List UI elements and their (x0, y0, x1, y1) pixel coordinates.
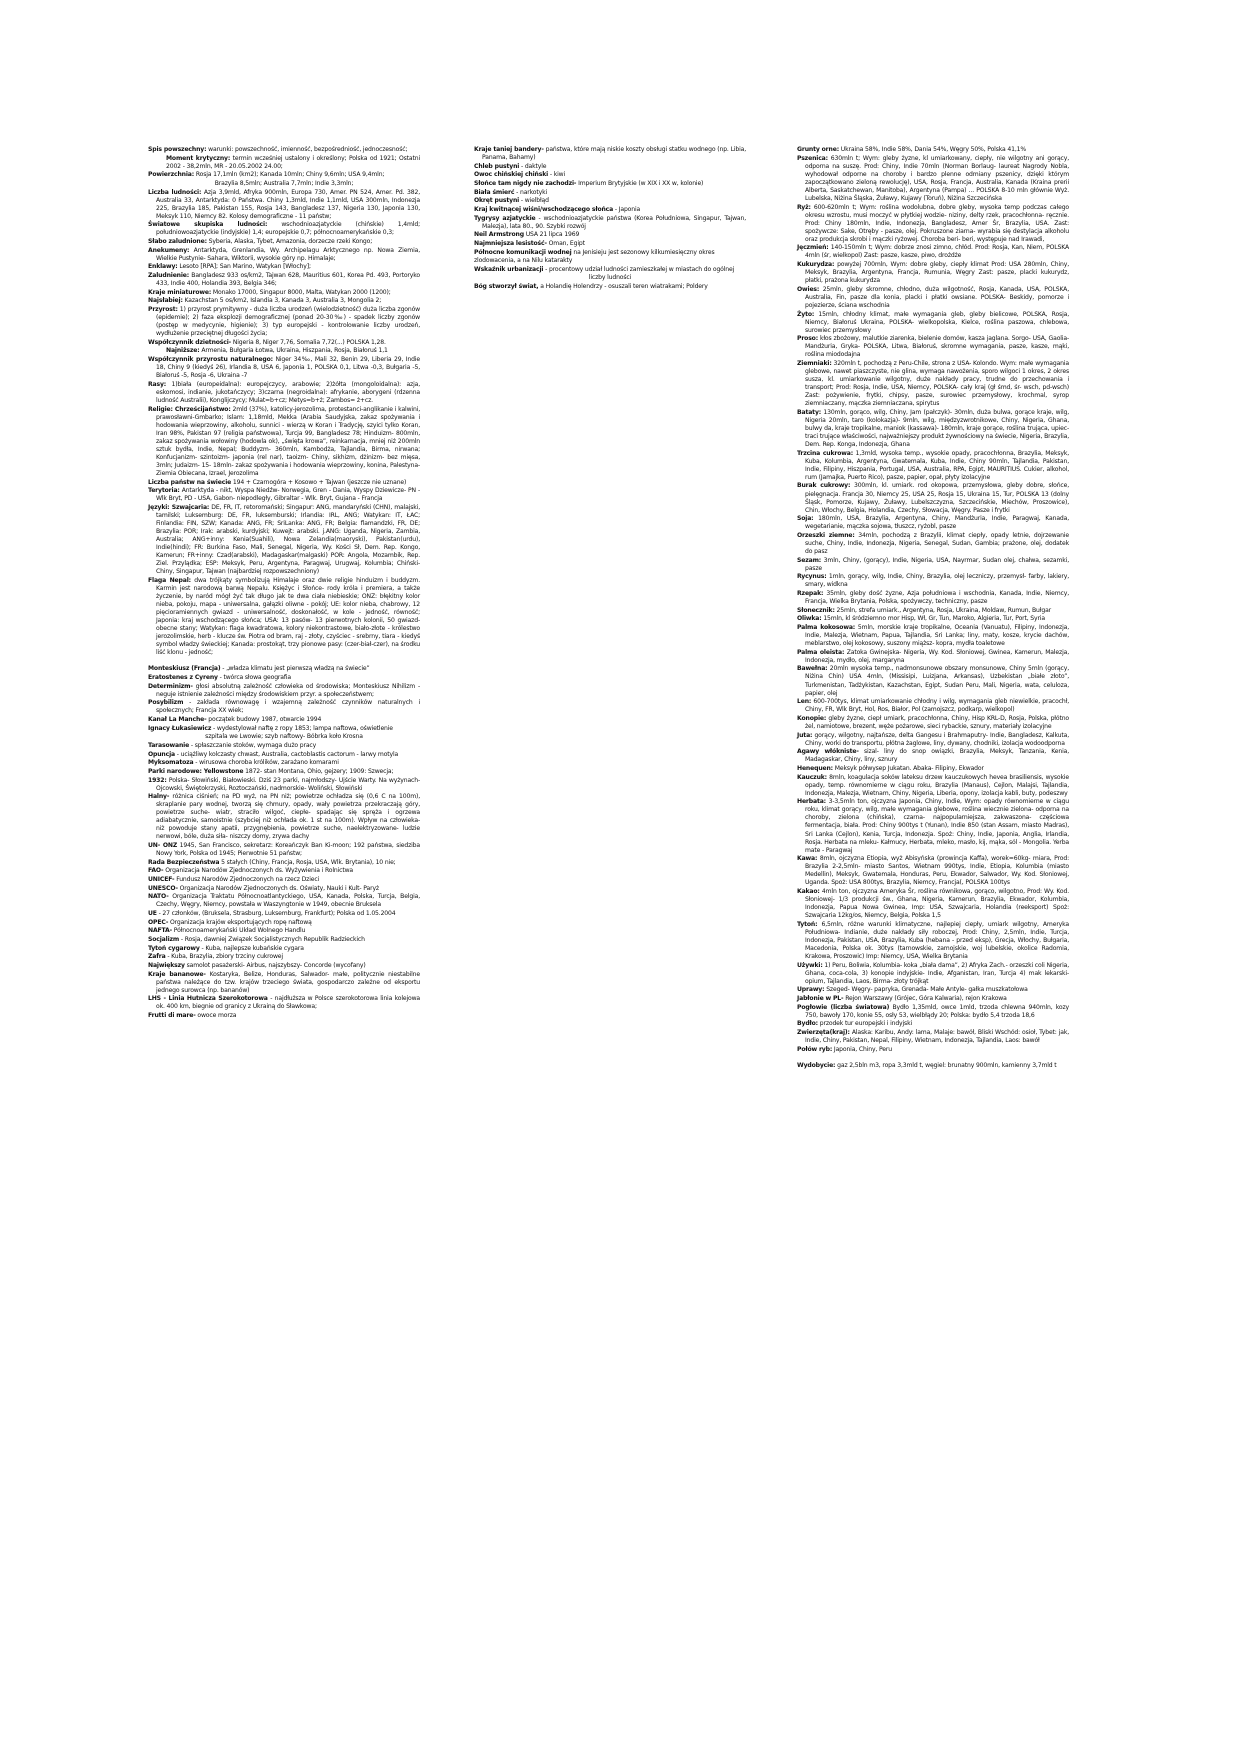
note-entry: Palma kokosowa: 5mln, morskie kraje trop… (797, 624, 1069, 648)
entry-text: 1872- stan Montana, Ohio, gejzery; 1909:… (243, 768, 393, 775)
note-entry: Kauczuk: 8mln, koagulacja soków lateksu … (797, 774, 1069, 798)
document-page: Spis powszechny: warunki: powszechność, … (0, 0, 1240, 1754)
entry-term: Kraje taniej bandery- (474, 146, 544, 153)
entry-term: Soja: (797, 515, 813, 522)
entry-text: Brazylia 8,5mln; Australia 7,7mln; Indie… (215, 180, 353, 187)
entry-text: 180mln, USA, Brazylia, Argentyna, Chiny,… (805, 515, 1069, 530)
note-entry: szpitala we Lwowie; szyb naftowy- Bóbrka… (148, 733, 420, 741)
note-entry: Zwierzęta(kraj): Alaska: Karibu, Andy: l… (797, 1029, 1069, 1045)
note-entry: Oliwka: 15mln, kl śródziemno mor Hisp, W… (797, 615, 1069, 623)
entry-term: Jęczmień: (797, 244, 829, 251)
entry-term: NAFTA- (148, 927, 172, 934)
note-entry: Herbata: 3-3,5mln ton, ojczyzna Japonia,… (797, 798, 1069, 854)
entry-text: - procentowy udział ludności zamieszkałe… (543, 266, 734, 273)
entry-text: - spłaszczanie stoków, wymaga dużo pracy (189, 742, 316, 749)
column-right: Grunty orne: Ukraina 58%, Indie 58%, Dan… (797, 146, 1069, 1070)
entry-text: - Japonia (613, 206, 640, 213)
entry-term: Światowe skupiska ludności: (148, 221, 267, 228)
note-entry: Wydobycie: gaz 2,5bln m3, ropa 3,3mld t,… (797, 1062, 1069, 1070)
entry-term: Parki narodowe: Yellowstone (148, 768, 243, 775)
entry-term: Anekumeny: (148, 247, 189, 254)
note-entry: Ryż: 600-620mln t; Wym: roślina wodolubn… (797, 204, 1069, 244)
entry-text: Nigeria 8, Niger 7,76, Somalia 7,72(...)… (231, 339, 386, 346)
entry-text: 194 + Czarnogóra + Kosowo + Tajwan (jesz… (231, 479, 406, 486)
entry-term: Zwierzęta(kraj): (797, 1029, 850, 1036)
entry-text: 1mln, gorący, wilg, Indie, Chiny, Brazyl… (805, 573, 1069, 588)
entry-text: - Rosja, dawniej Związek Socjalistycznyc… (179, 936, 365, 943)
entry-term: Enklawy: (148, 263, 178, 270)
entry-text: różnica ciśnień; na PD wyż, na PN niż; p… (156, 793, 420, 840)
entry-text: USA 21 lipca 1969 (524, 231, 579, 238)
entry-term: Henequen: (797, 765, 833, 772)
note-entry: Enklawy: Lesoto [RPA]; San Marino, Watyk… (148, 263, 420, 271)
entry-term: Zafra (148, 953, 166, 960)
entry-term: Owies: (797, 286, 819, 293)
entry-term: Liczba ludności: (148, 189, 201, 196)
note-entry: Jabłonie w PL- Rejon Warszawy (Grójec, G… (797, 995, 1069, 1003)
entry-term: Moment krytyczny: (166, 155, 230, 162)
entry-term: Bóg stworzył świat, (474, 283, 538, 290)
entry-text: Japonia, Chiny, Peru (832, 1046, 892, 1053)
note-entry: Powierzchnia: Rosja 17,1mln (km2); Kanad… (148, 171, 420, 179)
entry-text: - kiwi (548, 171, 565, 178)
entry-text: Oman, Egipt (547, 240, 585, 247)
entry-text: a Holandię Holendrzy - osuszali teren wi… (538, 283, 707, 290)
note-entry: UN- ONZ 1945, San Francisco, sekretarz: … (148, 842, 420, 858)
column-left: Spis powszechny: warunki: powszechność, … (148, 146, 420, 1021)
entry-term: Eratostenes z Cyreny (148, 674, 218, 681)
note-entry: Kukurydza: powyżej 700mln, Wym: dobre gl… (797, 261, 1069, 285)
entry-term: Kukurydza: (797, 261, 834, 268)
note-entry: Burak cukrowy: 300mln, kl. umiark. rod o… (797, 482, 1069, 514)
note-entry: UNESCO- Organizacja Narodów Zjednoczonyc… (148, 885, 420, 893)
note-entry: Soja: 180mln, USA, Brazylia, Argentyna, … (797, 515, 1069, 531)
entry-text: gaz 2,5bln m3, ropa 3,3mld t, węgiel: br… (835, 1062, 1056, 1069)
entry-text: głosi absolutną zależność człowieka od ś… (156, 683, 420, 698)
entry-text: 15mln, chłodny klimat, małe wymagania gl… (805, 311, 1069, 334)
entry-text: Organizacja Traktatu Północnoatlantyckie… (156, 893, 420, 908)
entry-text: - Kuba, Brazylia, zbiory trzciny cukrowe… (166, 953, 283, 960)
note-entry: Pogłowie (liczba światowa) Bydło 1,35mld… (797, 1004, 1069, 1020)
entry-term: Rycynus: (797, 573, 827, 580)
entry-text: 15mln, kl śródziemno mor Hisp, Wł, Gr, T… (822, 615, 1045, 622)
note-entry: NATO- Organizacja Traktatu Północnoatlan… (148, 893, 420, 909)
entry-term: Ziemniaki: (797, 360, 832, 367)
entry-text: przodek tur europejski i indyjski (818, 1020, 912, 1027)
entry-term: Przyrost: (148, 306, 178, 313)
entry-text: Meksyk półwysep Jukatan. Abaka- Filipiny… (833, 765, 984, 772)
entry-term: Kakao: (797, 888, 820, 895)
note-entry: Moment krytyczny: termin wcześniej ustal… (148, 155, 420, 171)
entry-text: 130mln, gorąco, wilg, Chiny, Jam (pałczy… (805, 409, 1069, 448)
note-entry: LHS - Linia Hutnicza Szerokotorowa - naj… (148, 995, 420, 1011)
note-entry: Połów ryb: Japonia, Chiny, Peru (797, 1046, 1069, 1054)
note-entry: Przyrost: 1) przyrost prymitywny - duża … (148, 306, 420, 338)
entry-term: Wskaźnik urbanizacji (474, 266, 543, 273)
entry-term: Żyto: (797, 311, 814, 318)
note-entry: Ziemniaki: 320mln t, pochodzą z Peru-Chi… (797, 360, 1069, 408)
note-entry: Słońce tam nigdy nie zachodzi- Imperium … (474, 180, 746, 188)
entry-term: Bydło: (797, 1020, 818, 1027)
entry-text: Zatoka Gwinejska- Nigeria, Wy. Kod. Słon… (805, 649, 1069, 664)
entry-text: zlodowacenia, a na Nilu katarakty (474, 257, 572, 264)
entry-term: Języki: Szwajcaria: (148, 504, 209, 511)
note-entry: Bataty: 130mln, gorąco, wilg, Chiny, Jam… (797, 409, 1069, 449)
note-entry: Kawa: 8mln, ojczyzna Etiopia, wyż Abisyń… (797, 855, 1069, 887)
entry-term: Ryż: (797, 204, 811, 211)
entry-term: Najniższe: (166, 347, 200, 354)
note-entry: Juta: gorący, wilgotny, najtańsze, delta… (797, 732, 1069, 748)
entry-text: Antarktyda - nikt, Wyspa Niedźw- Norwegi… (156, 487, 420, 502)
entry-term: Proso: (797, 335, 818, 342)
entry-text: 1945, San Francisco, sekretarz: Koreańcz… (156, 842, 420, 857)
entry-term: Kawa: (797, 855, 817, 862)
entry-term: Współczynnik przyrostu naturalnego: (148, 356, 273, 363)
note-entry: UE - 27 członków, (Bruksela, Strasburg, … (148, 910, 420, 918)
entry-term: Terytoria: (148, 487, 180, 494)
entry-term: Owoc chińskiej chiński (474, 171, 548, 178)
entry-term: Kraje bananowe- (148, 971, 206, 978)
entry-term: Słońce tam nigdy nie zachodzi- (474, 180, 576, 187)
note-entry: Ignacy Łukasiewicz - wydestylował naftę … (148, 725, 420, 733)
note-entry: Współczynnik dzietności- Nigeria 8, Nige… (148, 339, 420, 347)
entry-term: Liczba państw na świecie (148, 479, 231, 486)
entry-term: Używki: (797, 962, 823, 969)
entry-text: Rejon Warszawy (Grójec, Góra Kalwaria), … (843, 995, 1006, 1002)
entry-term: OPEC- (148, 919, 168, 926)
entry-term: Neil Armstrong (474, 231, 524, 238)
note-entry: Myksomatoza - wirusowa choroba królików,… (148, 759, 420, 767)
entry-text: gleby żyzne, ciepł umiark, pracochłonna,… (805, 715, 1069, 730)
entry-term: UNESCO- (148, 885, 178, 892)
note-entry: Proso: kłos zbożowy, malutkie ziarenka, … (797, 335, 1069, 359)
entry-term: Burak cukrowy: (797, 482, 850, 489)
entry-text: 320mln t, pochodzą z Peru-Chile, strona … (805, 360, 1069, 407)
note-entry: Kanał La Manche- początek budowy 1987, o… (148, 716, 420, 724)
note-entry: Palma oleista: Zatoka Gwinejska- Nigeria… (797, 649, 1069, 665)
note-entry: Kakao: 4mln ton, ojczyzna Ameryka Śr, ro… (797, 888, 1069, 920)
note-entry: Opuncja - uciążliwy kolczasty chwast, Au… (148, 751, 420, 759)
entry-text: 600-620mln t; Wym: roślina wodolubna, do… (805, 204, 1069, 243)
entry-text: 1) Peru, Boliwia, Kolumbia- koka „biała … (805, 962, 1069, 985)
entry-term: Północne komunikacji wodnej (474, 249, 572, 256)
note-entry: Eratostenes z Cyreny - twórca słowa geog… (148, 674, 420, 682)
note-entry: Bawełna: 20mln wysoka temp., nadmonsunow… (797, 665, 1069, 697)
note-entry: OPEC- Organizacja krajów eksportujących … (148, 919, 420, 927)
note-entry: Socjalizm - Rosja, dawniej Związek Socja… (148, 936, 420, 944)
entry-term: Determinizm- (148, 683, 193, 690)
note-entry: Używki: 1) Peru, Boliwia, Kolumbia- koka… (797, 962, 1069, 986)
entry-text: warunki: powszechność, imienność, bezpoś… (206, 146, 407, 153)
note-entry: Sezam: 3mln, Chiny, (gorący), Indie, Nig… (797, 557, 1069, 573)
entry-text: gorący, wilgotny, najtańsze, delta Gange… (805, 732, 1069, 747)
note-entry: Najniższe: Armenia, Bułgaria Łotwa, Ukra… (148, 347, 420, 355)
note-entry: Flaga Nepal: dwa trójkąty symbolizują Hi… (148, 577, 420, 657)
entry-text: 8mln, koagulacja soków lateksu drzew kau… (805, 774, 1069, 797)
note-entry: Brazylia 8,5mln; Australia 7,7mln; Indie… (148, 180, 420, 188)
entry-term: Tytoń: (797, 921, 817, 928)
entry-term: Socjalizm (148, 936, 179, 943)
note-entry: 1932: Polska- Słowiński, Białowieski. Dz… (148, 777, 420, 793)
entry-text: Szeged- Węgry- papryka, Grenada- Małe An… (824, 986, 1027, 993)
entry-text: samolot pasażerski- Airbus, najszybszy- … (185, 962, 366, 969)
note-entry: Biała śmierć - narkotyki (474, 189, 746, 197)
note-entry: Owies: 25mln, gleby skromne, chłodno, du… (797, 286, 1069, 310)
entry-term: Kanał La Manche- (148, 716, 207, 723)
entry-term: 1932: (148, 777, 167, 784)
entry-term: Najmniejsza lesistość- (474, 240, 547, 247)
entry-text: Organizacja krajów eksportujących ropę n… (168, 919, 311, 926)
entry-text: dwa trójkąty symbolizują Himalaje oraz d… (156, 577, 420, 656)
note-entry: Pszenica: 630mln t; Wym: gleby żyzne, kl… (797, 155, 1069, 203)
entry-text: 20mln wysoka temp., nadmonsunowe obszary… (805, 665, 1069, 696)
note-entry: Rycynus: 1mln, gorący, wilg, Indie, Chin… (797, 573, 1069, 589)
note-entry: Współczynnik przyrostu naturalnego: Nige… (148, 356, 420, 380)
note-entry: Bydło: przodek tur europejski i indyjski (797, 1020, 1069, 1028)
entry-term: Frutti di mare- (148, 1012, 196, 1019)
entry-text: - zakłada równowagę i wzajemną zależność… (156, 699, 420, 714)
note-entry: Len: 600-700tys, klimat umiarkowanie chł… (797, 698, 1069, 714)
entry-term: Biała śmierć (474, 189, 514, 196)
entry-term: Uprawy: (797, 986, 824, 993)
note-entry: Największy samolot pasażerski- Airbus, n… (148, 962, 420, 970)
note-entry: Uprawy: Szeged- Węgry- papryka, Grenada-… (797, 986, 1069, 994)
entry-term: Bawełna: (797, 665, 827, 672)
note-entry: Okręt pustyni - wielbłąd (474, 197, 746, 205)
entry-term: Kraje miniaturowe: (148, 289, 211, 296)
entry-text: Organizacja Narodów Zjednoczonych ds. Oś… (178, 885, 379, 892)
entry-text: Rosja 17,1mln (km2); Kanada 10mln; Chiny… (194, 171, 384, 178)
entry-term: Kauczuk: (797, 774, 827, 781)
entry-term: Posybilizm (148, 699, 183, 706)
entry-text: szpitala we Lwowie; szyb naftowy- Bóbrka… (205, 733, 363, 740)
entry-term: UE (148, 910, 157, 917)
note-entry: Żyto: 15mln, chłodny klimat, małe wymaga… (797, 311, 1069, 335)
note-entry: Tarasowanie - spłaszczanie stoków, wymag… (148, 742, 420, 750)
note-entry: Kraj kwitnącej wiśni/wschodzącego słońca… (474, 206, 746, 214)
entry-term: UN- ONZ (148, 842, 177, 849)
entry-term: Trzcina cukrowa: (797, 450, 853, 457)
entry-text: 3mln, Chiny, (gorący), Indie, Nigeria, U… (805, 557, 1069, 572)
entry-text: Fundusz Narodów Zjednoczonych na rzecz D… (174, 876, 319, 883)
note-entry: Tytoń: 6,5mln, różne warunki klimatyczne… (797, 921, 1069, 961)
entry-text: Bangladesz 933 os/km2, Tajwan 628, Mauri… (156, 272, 420, 287)
entry-text: - wirusowa choroba królików, zarażano ko… (193, 759, 338, 766)
entry-term: Bataty: (797, 409, 821, 416)
entry-text: Imperium Brytyjskie (w XIX i XX w, kolon… (576, 180, 703, 187)
entry-term: Monteskiusz (Francja) (148, 665, 221, 672)
entry-term: Sezam: (797, 557, 821, 564)
entry-term: Rasy: (148, 381, 166, 388)
entry-term: Pogłowie (liczba światowa) (797, 1004, 889, 1011)
note-entry: Wskaźnik urbanizacji - procentowy udział… (474, 266, 746, 274)
note-entry: Liczba ludności: Azja 3,9mld, Afryka 900… (148, 189, 420, 221)
entry-term: Najsłabiej: (148, 297, 183, 304)
note-entry: Północne komunikacji wodnej na Jenisieju… (474, 249, 746, 257)
entry-text: 1) przyrost prymitywny - duża liczba uro… (156, 306, 420, 337)
entry-text: liczby ludności (589, 274, 631, 281)
entry-text: 25mln, gleby skromne, chłodno, duża wilg… (805, 286, 1069, 309)
entry-term: Flaga Nepal: (148, 577, 191, 584)
entry-text: 5 stałych (Chiny, Francja, Rosja, USA, W… (219, 859, 395, 866)
entry-text: początek budowy 1987, otwarcie 1994 (207, 716, 322, 723)
entry-term: Wydobycie: (797, 1062, 835, 1069)
note-entry: Orzeszki ziemne: 34mln, pochodzą z Brazy… (797, 532, 1069, 556)
entry-text: Kazachstan 5 os/km2, Islandia 3, Kanada … (183, 297, 381, 304)
entry-term: Chleb pustyni (474, 163, 519, 170)
note-entry: Agawy włókniste- sizal- liny do snop owi… (797, 748, 1069, 764)
entry-term: Tygrysy azjatyckie (474, 215, 536, 222)
entry-term: Słabo zaludnione: (148, 238, 207, 245)
entry-term: Słonecznik: (797, 607, 835, 614)
entry-text: - twórca słowa geografia (218, 674, 291, 681)
entry-text: - wydestylował naftę z ropy 1853; lampa … (211, 725, 393, 732)
entry-text: - Kuba, najlepsze kubańskie cygara (200, 945, 304, 952)
entry-term: Rzepak: (797, 590, 823, 597)
entry-term: Tarasowanie (148, 742, 189, 749)
note-entry: liczby ludności (474, 274, 746, 282)
note-entry: Tytoń cygarowy - Kuba, najlepsze kubańsk… (148, 945, 420, 953)
note-entry: Henequen: Meksyk półwysep Jukatan. Abaka… (797, 765, 1069, 773)
entry-term: Palma kokosowa: (797, 624, 855, 631)
note-entry: Światowe skupiska ludności: wschodnioazj… (148, 221, 420, 237)
entry-term: Oliwka: (797, 615, 822, 622)
entry-text: 6,5mln, różne warunki klimatyczne, najle… (805, 921, 1069, 960)
entry-term: LHS - Linia Hutnicza Szerokotorowa (148, 995, 268, 1002)
note-entry: Zaludnienie: Bangladesz 933 os/km2, Tajw… (148, 272, 420, 288)
entry-text: Ukraina 58%, Indie 58%, Dania 54%, Węgry… (839, 146, 1026, 153)
entry-term: Orzeszki ziemne: (797, 532, 855, 539)
entry-text: - „władza klimatu jest pierwszą władzą n… (221, 665, 370, 672)
entry-text: 140-150mln t; Wym: dobrze znosi zimno, c… (805, 244, 1069, 259)
entry-term: Konopie: (797, 715, 826, 722)
note-entry: Religie: Chrześcijaństwo: 2mld (37%), ka… (148, 406, 420, 478)
entry-term: Myksomatoza (148, 759, 193, 766)
entry-text: - daktyle (519, 163, 546, 170)
entry-term: Juta: (797, 732, 812, 739)
entry-text: Monako 17000, Singapur 8000, Malta, Waty… (211, 289, 391, 296)
entry-text: 2mld (37%), katolicy-jerozolima, protest… (156, 406, 420, 477)
entry-text: - 27 członków, (Bruksela, Strasburg, Luk… (157, 910, 396, 917)
note-entry: Jęczmień: 140-150mln t; Wym: dobrze znos… (797, 244, 1069, 260)
note-entry: Frutti di mare- owoce morza (148, 1012, 420, 1020)
entry-text: Lesoto [RPA]; San Marino, Watykan [Włoch… (178, 263, 311, 270)
note-entry: Tygrysy azjatyckie - wschodnioazjatyckie… (474, 215, 746, 231)
entry-term: Grunty orne: (797, 146, 839, 153)
entry-text: Organizacja Narodów Zjednoczonych ds. Wy… (163, 867, 353, 874)
note-entry: Kraje bananowe- Kostaryka, Belize, Hondu… (148, 971, 420, 995)
column-middle: Kraje taniej bandery- państwa, które maj… (474, 146, 746, 292)
note-entry: Liczba państw na świecie 194 + Czarnogór… (148, 479, 420, 487)
entry-term: Ignacy Łukasiewicz (148, 725, 211, 732)
note-entry: zlodowacenia, a na Nilu katarakty (474, 257, 746, 265)
entry-text: 600-700tys, klimat umiarkowanie chłodny … (805, 698, 1069, 713)
note-entry: Rasy: 1)biała (europeidalna): europejczy… (148, 381, 420, 405)
note-entry: Monteskiusz (Francja) - „władza klimatu … (148, 665, 420, 673)
note-entry: Halny- różnica ciśnień; na PD wyż, na PN… (148, 793, 420, 841)
entry-term: NATO- (148, 893, 169, 900)
entry-term: Pszenica: (797, 155, 828, 162)
note-entry: Kraje miniaturowe: Monako 17000, Singapu… (148, 289, 420, 297)
entry-term: Palma oleista: (797, 649, 844, 656)
note-entry: Trzcina cukrowa: 1,3mld, wysoka temp., w… (797, 450, 1069, 482)
entry-term: Agawy włókniste- (797, 748, 859, 755)
note-entry: Determinizm- głosi absolutną zależność c… (148, 683, 420, 699)
note-entry: Owoc chińskiej chiński - kiwi (474, 171, 746, 179)
note-entry: Bóg stworzył świat, a Holandię Holendrzy… (474, 283, 746, 291)
note-entry: Rzepak: 35mln, gleby dość żyzne, Azja po… (797, 590, 1069, 606)
entry-text: 35mln, gleby dość żyzne, Azja południowa… (805, 590, 1069, 605)
note-entry: Terytoria: Antarktyda - nikt, Wyspa Nied… (148, 487, 420, 503)
entry-term: UNICEF- (148, 876, 174, 883)
note-entry: Chleb pustyni - daktyle (474, 163, 746, 171)
entry-text: DE, FR, IT, retoromański; Singapur: ANG,… (156, 504, 420, 575)
entry-term: Największy (148, 962, 185, 969)
entry-text: - uciążliwy kolczasty chwast, Australia,… (175, 751, 398, 758)
note-entry: Słonecznik: 25mln, strefa umiark., Argen… (797, 607, 1069, 615)
entry-text: 3-3,5mln ton, ojczyzna Japonia, Chiny, I… (805, 798, 1069, 853)
entry-text: Polska- Słowiński, Białowieski. Dziś 23 … (156, 777, 420, 792)
entry-term: Powierzchnia: (148, 171, 194, 178)
entry-term: Zaludnienie: (148, 272, 189, 279)
entry-term: Okręt pustyni (474, 197, 519, 204)
entry-term: Spis powszechny: (148, 146, 206, 153)
entry-text: 25mln, strefa umiark., Argentyna, Rosja,… (835, 607, 1051, 614)
note-entry: Kraje taniej bandery- państwa, które maj… (474, 146, 746, 162)
entry-text: powyżej 700mln, Wym: dobre gleby, ciepły… (805, 261, 1069, 284)
entry-term: Len: (797, 698, 811, 705)
entry-text: Północnoamerykański Układ Wolnego Handlu (172, 927, 305, 934)
note-entry: Posybilizm - zakłada równowagę i wzajemn… (148, 699, 420, 715)
note-entry: Rada Bezpieczeństwa 5 stałych (Chiny, Fr… (148, 859, 420, 867)
entry-term: Rada Bezpieczeństwa (148, 859, 219, 866)
note-entry: Języki: Szwajcaria: DE, FR, IT, retoroma… (148, 504, 420, 576)
entry-term: Opuncja (148, 751, 175, 758)
entry-text: - wielbłąd (519, 197, 549, 204)
entry-text: Armenia, Bułgaria Łotwa, Ukraina, Hiszpa… (200, 347, 388, 354)
entry-text: 4mln ton, ojczyzna Ameryka Śr, roślina r… (805, 888, 1069, 919)
entry-term: Połów ryb: (797, 1046, 832, 1053)
entry-term: Tytoń cygarowy (148, 945, 200, 952)
entry-text: 1)biała (europeidalna): europejczycy, ar… (156, 381, 420, 404)
entry-text: 630mln t; Wym: gleby żyzne, kl umiarkowa… (805, 155, 1069, 202)
entry-term: Kraj kwitnącej wiśni/wschodzącego słońca (474, 206, 613, 213)
entry-term: Religie: Chrześcijaństwo: (148, 406, 231, 413)
entry-term: Jabłonie w PL- (797, 995, 843, 1002)
entry-text: kłos zbożowy, malutkie ziarenka, bieleni… (805, 335, 1069, 358)
entry-text: - narkotyki (514, 189, 547, 196)
entry-text: owoce morza (196, 1012, 237, 1019)
entry-term: Halny- (148, 793, 169, 800)
note-entry: FAO- Organizacja Narodów Zjednoczonych d… (148, 867, 420, 875)
entry-text: Syberia, Alaska, Tybet, Amazonia, dorzec… (207, 238, 372, 245)
note-entry: Neil Armstrong USA 21 lipca 1969 (474, 231, 746, 239)
note-entry: Najsłabiej: Kazachstan 5 os/km2, Islandi… (148, 297, 420, 305)
note-entry: Anekumeny: Antarktyda, Grenlandia, Wy. A… (148, 247, 420, 263)
entry-term: Współczynnik dzietności- (148, 339, 231, 346)
entry-term: Herbata: (797, 798, 826, 805)
note-entry: Zafra - Kuba, Brazylia, zbiory trzciny c… (148, 953, 420, 961)
entry-text: na Jenisieju jest sezonowy kilkumiesięcz… (572, 249, 715, 256)
note-entry: Najmniejsza lesistość- Oman, Egipt (474, 240, 746, 248)
note-entry: Słabo zaludnione: Syberia, Alaska, Tybet… (148, 238, 420, 246)
note-entry: Konopie: gleby żyzne, ciepł umiark, prac… (797, 715, 1069, 731)
entry-term: FAO- (148, 867, 163, 874)
note-entry: Spis powszechny: warunki: powszechność, … (148, 146, 420, 154)
entry-text: Antarktyda, Grenlandia, Wy. Archipelagu … (156, 247, 420, 262)
entry-text: 8mln, ojczyzna Etiopia, wyż Abisyńska (p… (805, 855, 1069, 886)
note-entry: Parki narodowe: Yellowstone 1872- stan M… (148, 768, 420, 776)
